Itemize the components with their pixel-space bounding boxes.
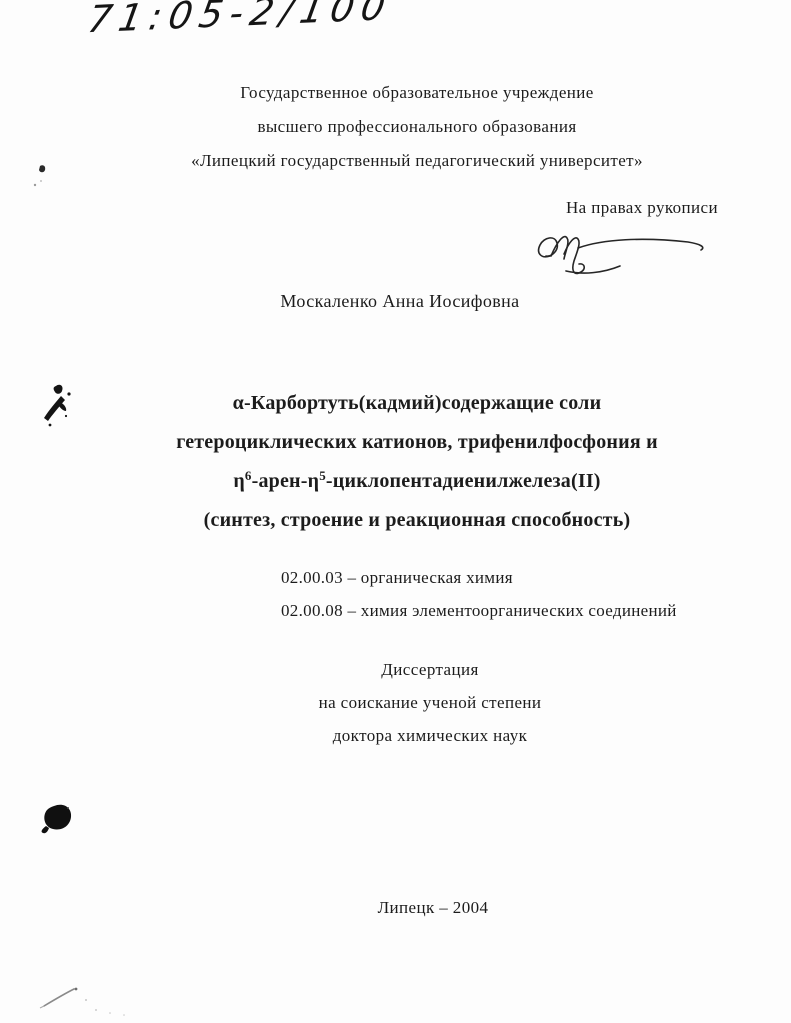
title-mid: -арен-η: [252, 470, 320, 492]
title-line-2: гетероциклических катионов, трифенилфосф…: [117, 423, 717, 462]
dissertation-line-2: на соискание ученой степени: [130, 686, 730, 719]
institution-line-1: Государственное образовательное учрежден…: [117, 76, 717, 110]
dissertation-line-1: Диссертация: [130, 653, 730, 686]
title-eta-1: η: [233, 470, 245, 492]
dissertation-type-block: Диссертация на соискание ученой степени …: [130, 653, 730, 752]
scanned-title-page: 71:05-2/100 Государственное образователь…: [0, 0, 791, 1023]
specialty-line-2: 02.00.08 – химия элементоорганических со…: [281, 594, 677, 627]
city-year-line: Липецк – 2004: [133, 898, 733, 918]
pencil-stroke-mark: [30, 980, 150, 1020]
institution-block: Государственное образовательное учрежден…: [117, 76, 717, 178]
title-rest: -циклопентадиенилжелеза(II): [326, 470, 601, 492]
ink-blob-mark: [34, 800, 80, 842]
handwritten-catalog-number: 71:05-2/100: [85, 0, 396, 41]
institution-line-2: высшего профессионального образования: [117, 110, 717, 144]
specialty-codes-block: 02.00.03 – органическая химия 02.00.08 –…: [281, 561, 677, 627]
title-line-1: α-Карбортуть(кадмий)содержащие соли: [117, 384, 717, 423]
signature-handwritten: [528, 226, 718, 278]
author-name: Москаленко Анна Иосифовна: [100, 291, 700, 312]
title-line-3: η6-арен-η5-циклопентадиенилжелеза(II): [117, 462, 717, 501]
title-superscript-5: 5: [319, 468, 326, 483]
title-line-4: (синтез, строение и реакционная способно…: [117, 501, 717, 540]
dissertation-title: α-Карбортуть(кадмий)содержащие соли гете…: [117, 384, 717, 540]
scan-speck-mark: [26, 158, 56, 194]
specialty-line-1: 02.00.03 – органическая химия: [281, 561, 677, 594]
institution-line-3: «Липецкий государственный педагогический…: [117, 144, 717, 178]
title-superscript-6: 6: [245, 468, 252, 483]
dissertation-line-3: доктора химических наук: [130, 719, 730, 752]
manuscript-rights-note: На правах рукописи: [566, 198, 718, 218]
ink-scribble-mark: [36, 380, 78, 432]
